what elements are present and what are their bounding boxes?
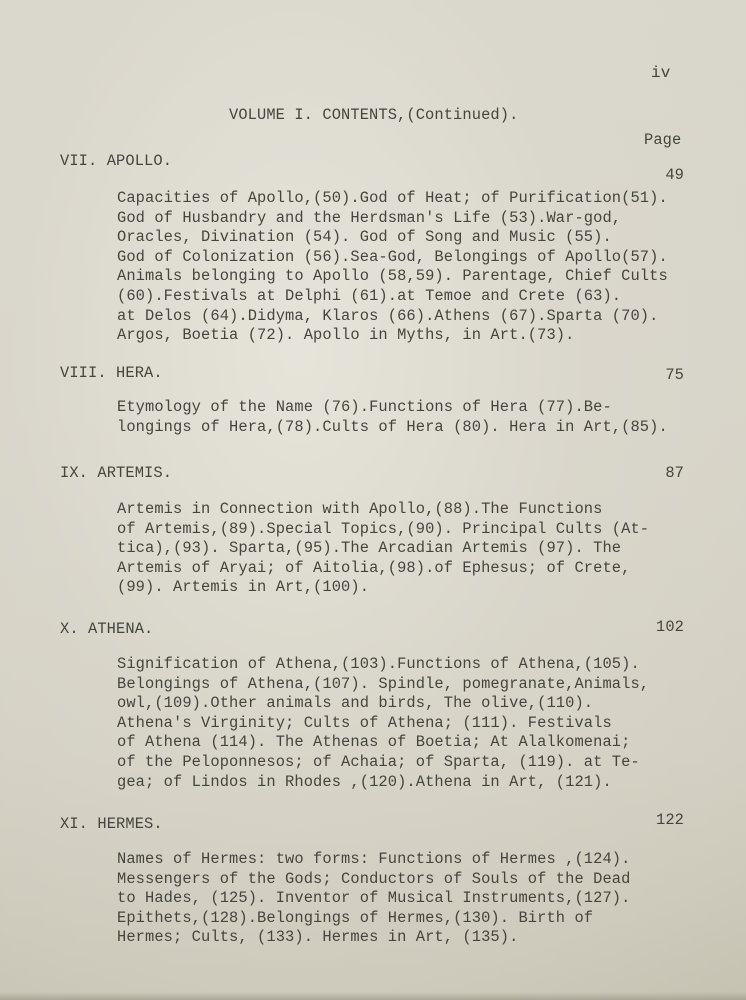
summary-line: Names of Hermes: two forms: Functions of… — [117, 850, 737, 870]
section-numeral: VII. — [60, 152, 97, 170]
summary-line: God of Husbandry and the Herdsman's Life… — [117, 209, 737, 229]
summary-line: Athena's Virginity; Cults of Athena; (11… — [117, 714, 737, 734]
page-column-label: Page — [644, 131, 681, 149]
summary-line: owl,(109).Other animals and birds, The o… — [117, 694, 737, 714]
section-page: 122 — [656, 811, 684, 829]
summary-line: Animals belonging to Apollo (58,59). Par… — [117, 267, 737, 287]
section-summary: Signification of Athena,(103).Functions … — [117, 655, 737, 792]
section-numeral: X. — [60, 620, 79, 638]
summary-line: Capacities of Apollo,(50).God of Heat; o… — [117, 189, 737, 209]
summary-line: Hermes; Cults, (133). Hermes in Art, (13… — [117, 928, 737, 948]
page-title: VOLUME I. CONTENTS,(Continued). — [229, 106, 518, 124]
section-summary: Names of Hermes: two forms: Functions of… — [117, 850, 737, 948]
summary-line: God of Colonization (56).Sea-God, Belong… — [117, 248, 737, 268]
summary-line: longings of Hera,(78).Cults of Hera (80)… — [117, 418, 737, 438]
section-heading: VIII. HERA. — [60, 364, 163, 382]
summary-line: Artemis in Connection with Apollo,(88).T… — [117, 500, 737, 520]
summary-line: tica),(93). Sparta,(95).The Arcadian Art… — [117, 539, 737, 559]
section-name: HERMES. — [97, 815, 162, 833]
section-name: ATHENA. — [88, 620, 153, 638]
summary-line: of Athena (114). The Athenas of Boetia; … — [117, 733, 737, 753]
section-summary: Artemis in Connection with Apollo,(88).T… — [117, 500, 737, 598]
summary-line: (60).Festivals at Delphi (61).at Temoe a… — [117, 287, 737, 307]
section-page: 87 — [665, 464, 684, 482]
section-summary: Capacities of Apollo,(50).God of Heat; o… — [117, 189, 737, 346]
section-name: ARTEMIS. — [97, 464, 172, 482]
section-page: 102 — [656, 618, 684, 636]
summary-line: Artemis of Aryai; of Aitolia,(98).of Eph… — [117, 559, 737, 579]
section-heading: IX. ARTEMIS. — [60, 464, 172, 482]
section-heading: VII. APOLLO. — [60, 152, 172, 170]
summary-line: (99). Artemis in Art,(100). — [117, 578, 737, 598]
section-name: APOLLO. — [107, 152, 172, 170]
section-name: HERA. — [116, 364, 163, 382]
summary-line: Messengers of the Gods; Conductors of So… — [117, 870, 737, 890]
section-heading: XI. HERMES. — [60, 815, 163, 833]
page-number: iv — [651, 64, 670, 82]
typewritten-page: iv VOLUME I. CONTENTS,(Continued). Page … — [0, 0, 746, 1000]
summary-line: of Artemis,(89).Special Topics,(90). Pri… — [117, 520, 737, 540]
summary-line: Signification of Athena,(103).Functions … — [117, 655, 737, 675]
summary-line: to Hades, (125). Inventor of Musical Ins… — [117, 889, 737, 909]
summary-line: at Delos (64).Didyma, Klaros (66).Athens… — [117, 307, 737, 327]
summary-line: Belongings of Athena,(107). Spindle, pom… — [117, 675, 737, 695]
summary-line: Etymology of the Name (76).Functions of … — [117, 398, 737, 418]
summary-line: Argos, Boetia (72). Apollo in Myths, in … — [117, 326, 737, 346]
section-heading: X. ATHENA. — [60, 620, 153, 638]
section-numeral: VIII. — [60, 364, 107, 382]
section-summary: Etymology of the Name (76).Functions of … — [117, 398, 737, 437]
summary-line: gea; of Lindos in Rhodes ,(120).Athena i… — [117, 773, 737, 793]
summary-line: of the Peloponnesos; of Achaia; of Spart… — [117, 753, 737, 773]
summary-line: Epithets,(128).Belongings of Hermes,(130… — [117, 909, 737, 929]
summary-line: Oracles, Divination (54). God of Song an… — [117, 228, 737, 248]
section-page: 49 — [665, 166, 684, 184]
section-numeral: XI. — [60, 815, 88, 833]
section-numeral: IX. — [60, 464, 88, 482]
section-page: 75 — [665, 366, 684, 384]
